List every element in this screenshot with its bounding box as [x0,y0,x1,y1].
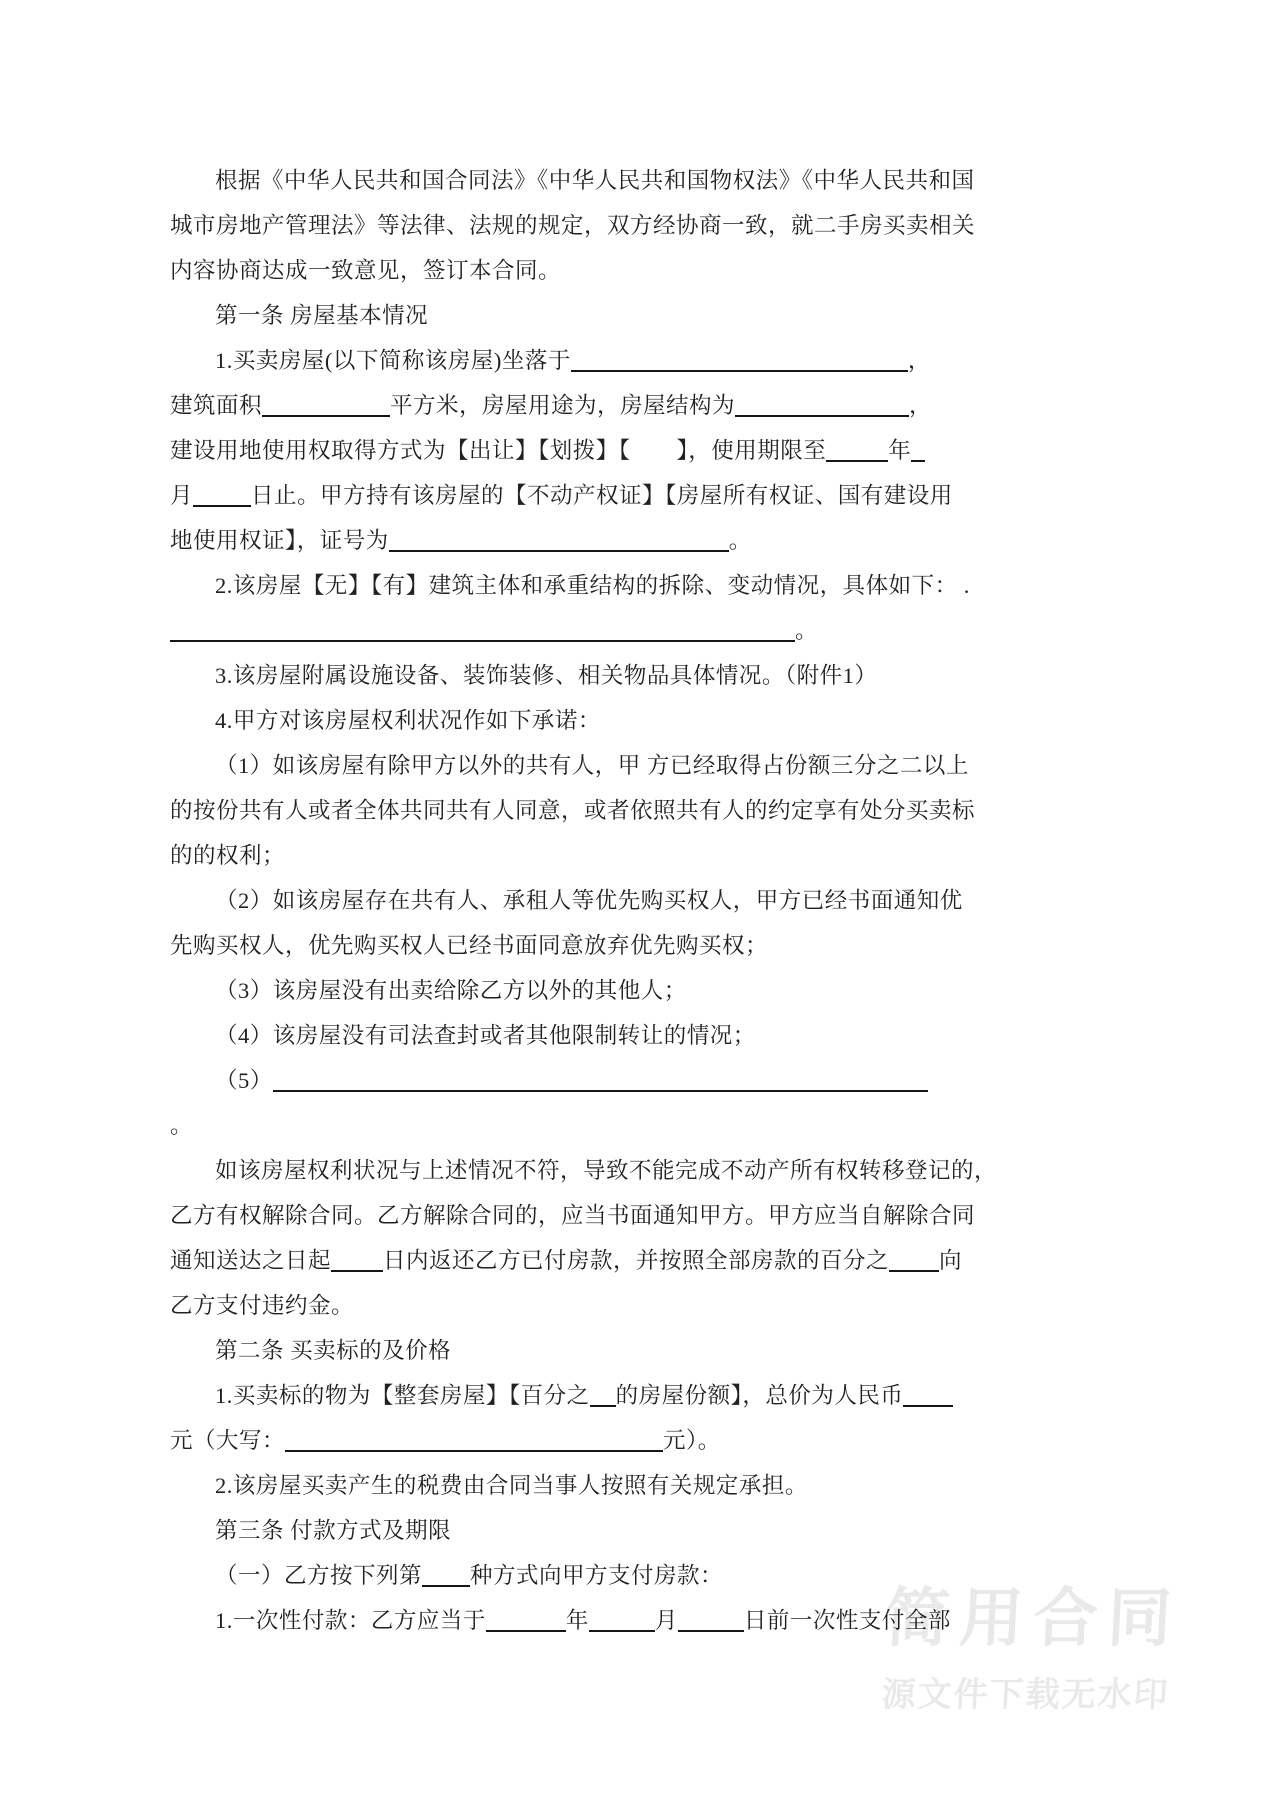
text-run: 2.该房屋买卖产生的税费由合同当事人按照有关规定承担。 [215,1473,808,1498]
fill-in-blank [273,1089,928,1092]
text-line: 通知送达之日起日内返还乙方已付房款，并按照全部房款的百分之向 [170,1238,970,1283]
text-run: 年 [888,438,911,463]
text-run: 。 [729,528,752,553]
text-run: 元（大写： [170,1428,285,1453]
text-run: 的房屋份额】，总价为人民币 [616,1383,904,1408]
text-run: 第一条 房屋基本情况 [215,303,428,328]
text-line: 4.甲方对该房屋权利状况作如下承诺： [170,698,970,743]
text-line: 的按份共有人或者全体共同共有人同意，或者依照共有人的约定享有处分买卖标 [170,788,970,833]
text-line: （1）如该房屋有除甲方以外的共有人，甲 方已经取得占份额三分之二以上 [170,743,970,788]
text-line: 1.一次性付款：乙方应当于年月日前一次性支付全部 [170,1598,970,1643]
fill-in-blank [678,1629,744,1632]
text-run: 种方式向甲方支付房款： [470,1563,723,1588]
text-line: 2.该房屋【无】【有】建筑主体和承重结构的拆除、变动情况，具体如下： . [170,563,970,608]
text-line: 乙方支付违约金。 [170,1283,970,1328]
text-run: 乙方支付违约金。 [170,1293,354,1318]
text-line: （4）该房屋没有司法查封或者其他限制转让的情况； [170,1013,970,1058]
text-run: 3.该房屋附属设施设备、装饰装修、相关物品具体情况。（附件1） [215,663,877,688]
page: 简用合同 源文件下载无水印 根据《中华人民共和国合同法》《中华人民共和国物权法》… [0,0,1280,1810]
fill-in-blank [889,1269,939,1272]
text-run: 地使用权证】，证号为 [170,528,389,553]
fill-in-blank [389,549,729,552]
fill-in-blank [826,459,888,462]
text-line: 元（大写：元）。 [170,1418,970,1463]
text-run: （1）如该房屋有除甲方以外的共有人，甲 方已经取得占份额三分之二以上 [215,753,969,778]
text-line: 建设用地使用权取得方式为【出让】【划拨】【 】，使用期限至年 [170,428,970,473]
fill-in-blank [735,414,909,417]
text-line: （2）如该房屋存在共有人、承租人等优先购买权人，甲方已经书面通知优 [170,878,970,923]
text-run: 1.买卖标的物为【整套房屋】【百分之 [215,1383,590,1408]
text-line: 第二条 买卖标的及价格 [170,1328,970,1373]
text-run: 内容协商达成一致意见，签订本合同。 [170,258,561,283]
text-run: 通知送达之日起 [170,1248,331,1273]
text-run: 月 [170,483,193,508]
text-run: 日内返还乙方已付房款，并按照全部房款的百分之 [383,1248,889,1273]
text-run: 元）。 [663,1428,721,1453]
text-line: 1.买卖房屋(以下简称该房屋)坐落于， [170,338,970,383]
fill-in-blank [911,459,925,462]
text-run: 日止。甲方持有该房屋的【不动产权证】【房屋所有权证、国有建设用 [251,483,953,508]
text-line: 建筑面积平方米，房屋用途为，房屋结构为， [170,383,970,428]
fill-in-blank [589,1629,655,1632]
text-run: 乙方有权解除合同。乙方解除合同的，应当书面通知甲方。甲方应当自解除合同 [170,1203,975,1228]
text-run: 月 [655,1608,678,1633]
text-line: 。 [170,608,970,653]
text-line: 2.该房屋买卖产生的税费由合同当事人按照有关规定承担。 [170,1463,970,1508]
fill-in-blank [486,1629,566,1632]
fill-in-blank [590,1404,616,1407]
text-run: 1.买卖房屋(以下简称该房屋)坐落于 [215,348,571,373]
fill-in-blank [170,639,795,642]
text-line: 1.买卖标的物为【整套房屋】【百分之的房屋份额】，总价为人民币 [170,1373,970,1418]
text-line: 月日止。甲方持有该房屋的【不动产权证】【房屋所有权证、国有建设用 [170,473,970,518]
text-run: ， [908,348,931,373]
text-line: 3.该房屋附属设施设备、装饰装修、相关物品具体情况。（附件1） [170,653,970,698]
text-run: 城市房地产管理法》等法律、法规的规定，双方经协商一致，就二手房买卖相关 [170,213,975,238]
text-line: （3）该房屋没有出卖给除乙方以外的其他人； [170,968,970,1013]
fill-in-blank [903,1404,953,1407]
text-run: （3）该房屋没有出卖给除乙方以外的其他人； [215,978,687,1003]
text-run: 的的权利； [170,843,285,868]
text-line: 乙方有权解除合同。乙方解除合同的，应当书面通知甲方。甲方应当自解除合同 [170,1193,970,1238]
text-line: 根据《中华人民共和国合同法》《中华人民共和国物权法》《中华人民共和国 [170,158,970,203]
text-run: （5） [215,1068,273,1093]
text-line: 城市房地产管理法》等法律、法规的规定，双方经协商一致，就二手房买卖相关 [170,203,970,248]
text-run: 向 [939,1248,962,1273]
text-line: （5） [170,1058,970,1103]
text-run: （4）该房屋没有司法查封或者其他限制转让的情况； [215,1023,756,1048]
text-run: 2.该房屋【无】【有】建筑主体和承重结构的拆除、变动情况，具体如下： . [215,573,970,598]
text-run: （2）如该房屋存在共有人、承租人等优先购买权人，甲方已经书面通知优 [215,888,963,913]
fill-in-blank [331,1269,383,1272]
text-run: 。 [795,618,818,643]
fill-in-blank [262,414,390,417]
text-run: 日前一次性支付全部 [744,1608,951,1633]
text-run: ， [909,393,932,418]
text-line: 的的权利； [170,833,970,878]
text-run: 第二条 买卖标的及价格 [215,1338,451,1363]
text-line: 第一条 房屋基本情况 [170,293,970,338]
fill-in-blank [285,1449,663,1452]
text-line: 先购买权人，优先购买权人已经书面同意放弃优先购买权； [170,923,970,968]
text-run: （一）乙方按下列第 [215,1563,422,1588]
text-run: 根据《中华人民共和国合同法》《中华人民共和国物权法》《中华人民共和国 [215,168,975,193]
text-run: 年 [566,1608,589,1633]
text-run: 4.甲方对该房屋权利状况作如下承诺： [215,708,601,733]
text-run: 。 [170,1113,193,1138]
text-run: 平方米，房屋用途为，房屋结构为 [390,393,735,418]
text-line: （一）乙方按下列第种方式向甲方支付房款： [170,1553,970,1598]
fill-in-blank [193,504,251,507]
text-line: 地使用权证】，证号为。 [170,518,970,563]
watermark-subtitle: 源文件下载无水印 [881,1678,1179,1712]
text-run: 如该房屋权利状况与上述情况不符，导致不能完成不动产所有权转移登记的， [215,1158,997,1183]
text-run: 第三条 付款方式及期限 [215,1518,451,1543]
fill-in-blank [571,369,908,372]
contract-document: 根据《中华人民共和国合同法》《中华人民共和国物权法》《中华人民共和国城市房地产管… [170,158,970,1643]
fill-in-blank [422,1584,470,1587]
text-line: 第三条 付款方式及期限 [170,1508,970,1553]
text-run: 建设用地使用权取得方式为【出让】【划拨】【 】，使用期限至 [170,438,826,463]
text-run: 的按份共有人或者全体共同共有人同意，或者依照共有人的约定享有处分买卖标 [170,798,975,823]
text-run: 建筑面积 [170,393,262,418]
text-line: 内容协商达成一致意见，签订本合同。 [170,248,970,293]
text-run: 1.一次性付款：乙方应当于 [215,1608,486,1633]
text-line: 。 [170,1103,970,1148]
text-line: 如该房屋权利状况与上述情况不符，导致不能完成不动产所有权转移登记的， [170,1148,970,1193]
text-run: 先购买权人，优先购买权人已经书面同意放弃优先购买权； [170,933,768,958]
